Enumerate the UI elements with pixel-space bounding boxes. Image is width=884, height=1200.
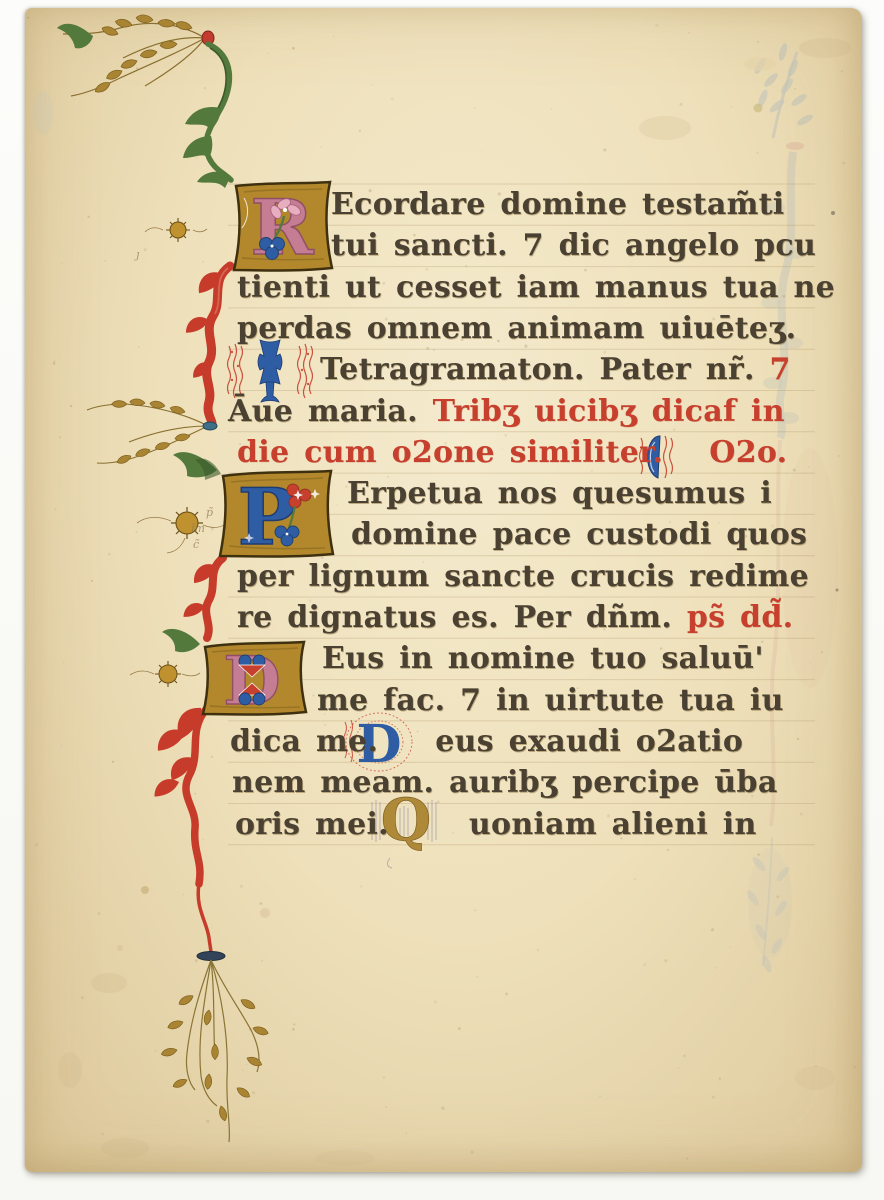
- text-segment: Eus in nomine tuo saluū': [322, 641, 764, 676]
- text-line: per lignum sancte crucis redime: [237, 556, 809, 598]
- text-line: domine pace custodi quos: [351, 514, 807, 556]
- text-segment: Ecordare domine testam̃ti: [331, 187, 785, 222]
- text-block: Ecordare domine testam̃titui sancti. 7 d…: [25, 8, 862, 1172]
- text-line: re dignatus es. Per dñm. ps̃ dd̃.: [237, 597, 793, 639]
- text-line: Erpetua nos quesumus i: [347, 473, 772, 515]
- text-segment: ps̃ dd̃.: [687, 600, 794, 635]
- text-segment: Erpetua nos quesumus i: [347, 476, 772, 511]
- text-line: me fac. 7 in uirtute tua iu: [317, 680, 784, 722]
- text-segment: die cum o2one similiter.: [237, 435, 663, 470]
- text-segment: domine pace custodi quos: [351, 517, 807, 552]
- text-line: Ecordare domine testam̃ti: [331, 184, 785, 226]
- initial-gap: [663, 461, 709, 462]
- text-line: Āue maria. Tribʒ uicibʒ dicaf in: [228, 391, 785, 433]
- text-segment: perdas omnem animam uiuēteʒ.: [237, 311, 796, 346]
- text-line: tui sancti. 7 dic angelo pcu: [331, 225, 816, 267]
- text-line: nem meam. auribʒ percipe ūba: [232, 762, 778, 804]
- text-line: perdas omnem animam uiuēteʒ.: [237, 308, 796, 350]
- initial-gap: [389, 833, 469, 834]
- text-segment: Tribʒ uicibʒ dicaf in: [433, 394, 785, 429]
- text-line: die cum o2one similiter.O2o.: [237, 432, 787, 474]
- initial-gap: [378, 750, 435, 751]
- scan-background: p̃ ĩm c̃ ȷ R: [0, 0, 884, 1200]
- text-line: Eus in nomine tuo saluū': [322, 638, 764, 680]
- text-line: tienti ut cesset iam manus tua ne: [237, 267, 835, 309]
- text-segment: dica me.: [230, 724, 378, 759]
- text-segment: O2o.: [709, 435, 787, 470]
- text-line: oris mei.uoniam alieni in: [235, 804, 757, 846]
- text-segment: per lignum sancte crucis redime: [237, 559, 809, 594]
- text-line: Tetragramaton. Pater nr̃. 7: [320, 349, 791, 391]
- text-line: dica me.eus exaudi o2atio: [230, 721, 743, 763]
- text-segment: 7: [769, 352, 790, 387]
- text-segment: oris mei.: [235, 807, 389, 842]
- text-segment: re dignatus es. Per dñm.: [237, 600, 687, 635]
- text-segment: me fac. 7 in uirtute tua iu: [317, 683, 784, 718]
- text-segment: Tetragramaton. Pater nr̃.: [320, 352, 769, 387]
- text-segment: uoniam alieni in: [469, 807, 757, 842]
- text-segment: Āue maria.: [228, 394, 433, 429]
- text-segment: tienti ut cesset iam manus tua ne: [237, 270, 835, 305]
- manuscript-leaf: p̃ ĩm c̃ ȷ R: [25, 8, 862, 1172]
- text-segment: tui sancti. 7 dic angelo pcu: [331, 228, 816, 263]
- text-segment: eus exaudi o2atio: [435, 724, 743, 759]
- text-segment: nem meam. auribʒ percipe ūba: [232, 765, 778, 800]
